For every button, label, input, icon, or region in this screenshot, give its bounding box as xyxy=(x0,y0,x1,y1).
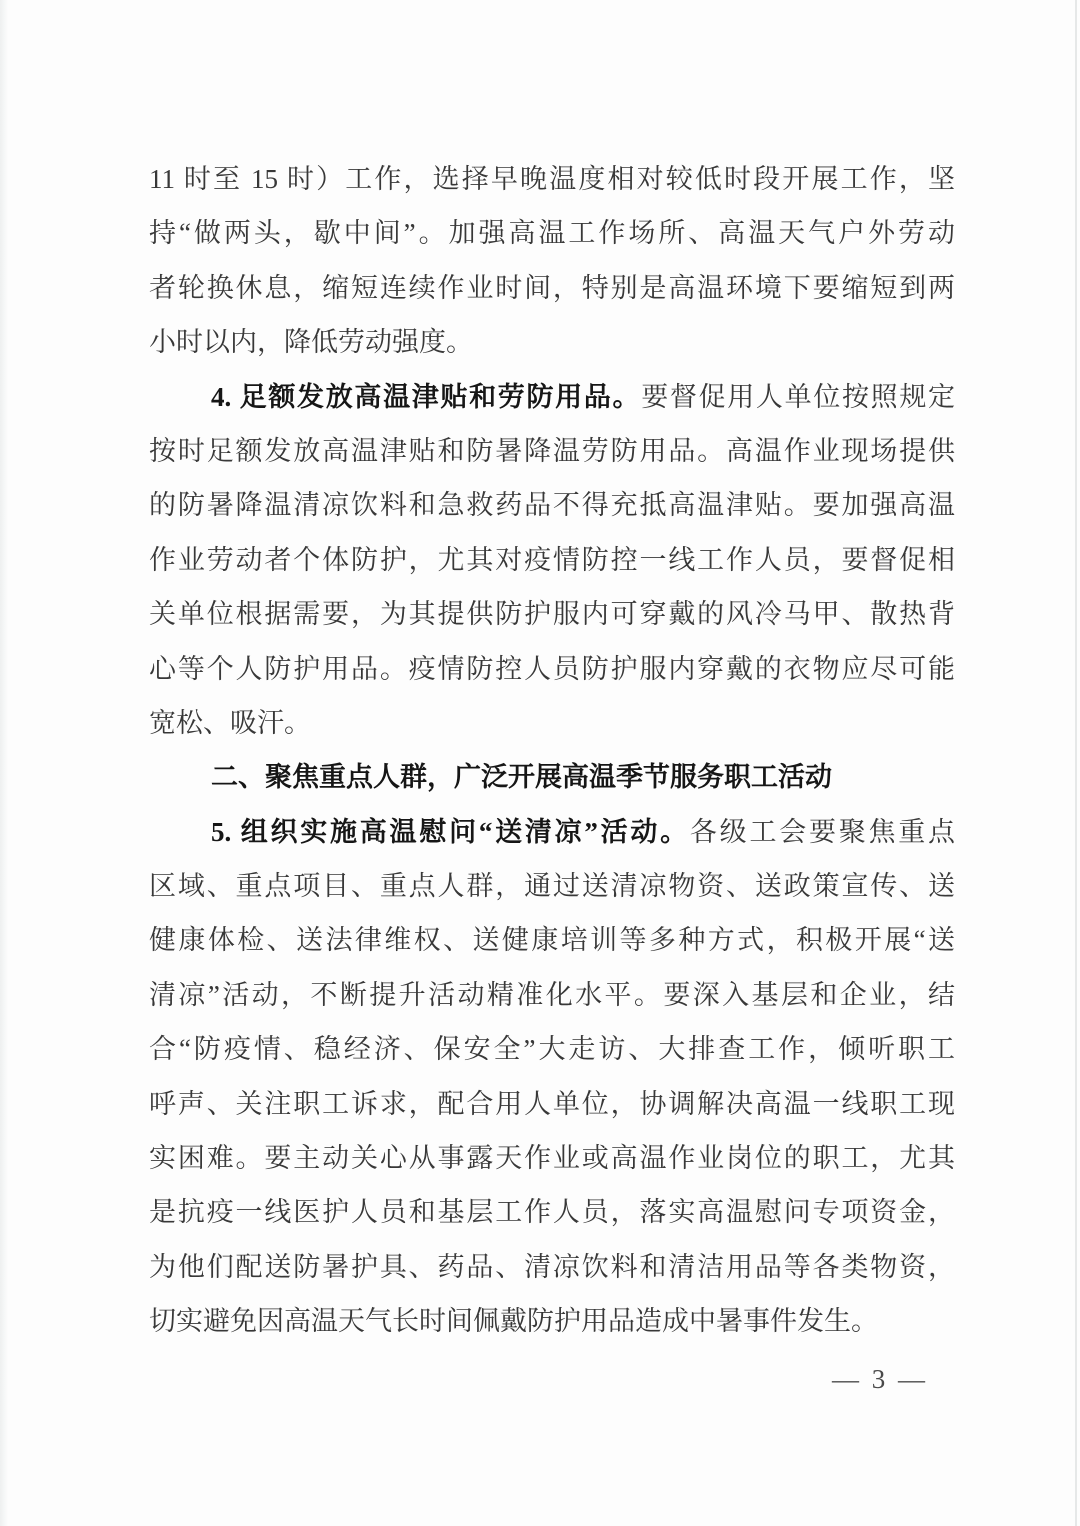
paragraph-5-first-line: 5. 组织实施高温慰问“送清凉”活动。各级工会要聚焦重点 xyxy=(149,805,955,859)
body-line: 的防暑降温清凉饮料和急救药品不得充抵高温津贴。要加强高温 xyxy=(149,478,955,532)
paragraph-4-lead: 4. 足额发放高温津贴和劳防用品。 xyxy=(211,382,641,412)
body-line: 健康体检、送法律维权、送健康培训等多种方式，积极开展“送 xyxy=(149,913,955,967)
paragraph-5-lead: 5. 组织实施高温慰问“送清凉”活动。 xyxy=(211,817,690,847)
body-line: 者轮换休息，缩短连续作业时间，特别是高温环境下要缩短到两 xyxy=(149,261,955,315)
body-line: 关单位根据需要，为其提供防护服内可穿戴的风冷马甲、散热背 xyxy=(149,587,955,641)
body-line: 按时足额发放高温津贴和防暑降温劳防用品。高温作业现场提供 xyxy=(149,424,955,478)
document-body: 11 时至 15 时）工作，选择早晚温度相对较低时段开展工作，坚 持“做两头，歇… xyxy=(149,152,955,1349)
body-line: 切实避免因高温天气长时间佩戴防护用品造成中暑事件发生。 xyxy=(149,1294,955,1348)
page-right-edge xyxy=(1075,0,1077,1526)
body-line: 清凉”活动，不断提升活动精准化水平。要深入基层和企业，结 xyxy=(149,968,955,1022)
paragraph-5-text: 各级工会要聚焦重点 xyxy=(690,817,955,847)
section-heading: 二、聚焦重点人群，广泛开展高温季节服务职工活动 xyxy=(149,750,955,804)
body-line: 宽松、吸汗。 xyxy=(149,696,955,750)
body-line: 呼声、关注职工诉求，配合用人单位，协调解决高温一线职工现 xyxy=(149,1077,955,1131)
page-number: — 3 — xyxy=(832,1363,928,1395)
body-line: 是抗疫一线医护人员和基层工作人员，落实高温慰问专项资金， xyxy=(149,1185,955,1239)
body-line: 持“做两头，歇中间”。加强高温工作场所、高温天气户外劳动 xyxy=(149,206,955,260)
paragraph-4-first-line: 4. 足额发放高温津贴和劳防用品。要督促用人单位按照规定 xyxy=(149,370,955,424)
body-line: 区域、重点项目、重点人群，通过送清凉物资、送政策宣传、送 xyxy=(149,859,955,913)
body-line: 小时以内，降低劳动强度。 xyxy=(149,315,955,369)
body-line: 心等个人防护用品。疫情防控人员防护服内穿戴的衣物应尽可能 xyxy=(149,642,955,696)
body-line: 为他们配送防暑护具、药品、清凉饮料和清洁用品等各类物资， xyxy=(149,1240,955,1294)
document-page: 11 时至 15 时）工作，选择早晚温度相对较低时段开展工作，坚 持“做两头，歇… xyxy=(0,0,1080,1526)
body-line: 作业劳动者个体防护，尤其对疫情防控一线工作人员，要督促相 xyxy=(149,533,955,587)
page-left-edge xyxy=(0,0,8,1526)
body-line: 合“防疫情、稳经济、保安全”大走访、大排查工作，倾听职工 xyxy=(149,1022,955,1076)
body-line: 实困难。要主动关心从事露天作业或高温作业岗位的职工，尤其 xyxy=(149,1131,955,1185)
body-line: 11 时至 15 时）工作，选择早晚温度相对较低时段开展工作，坚 xyxy=(149,152,955,206)
paragraph-4-text: 要督促用人单位按照规定 xyxy=(641,382,955,412)
